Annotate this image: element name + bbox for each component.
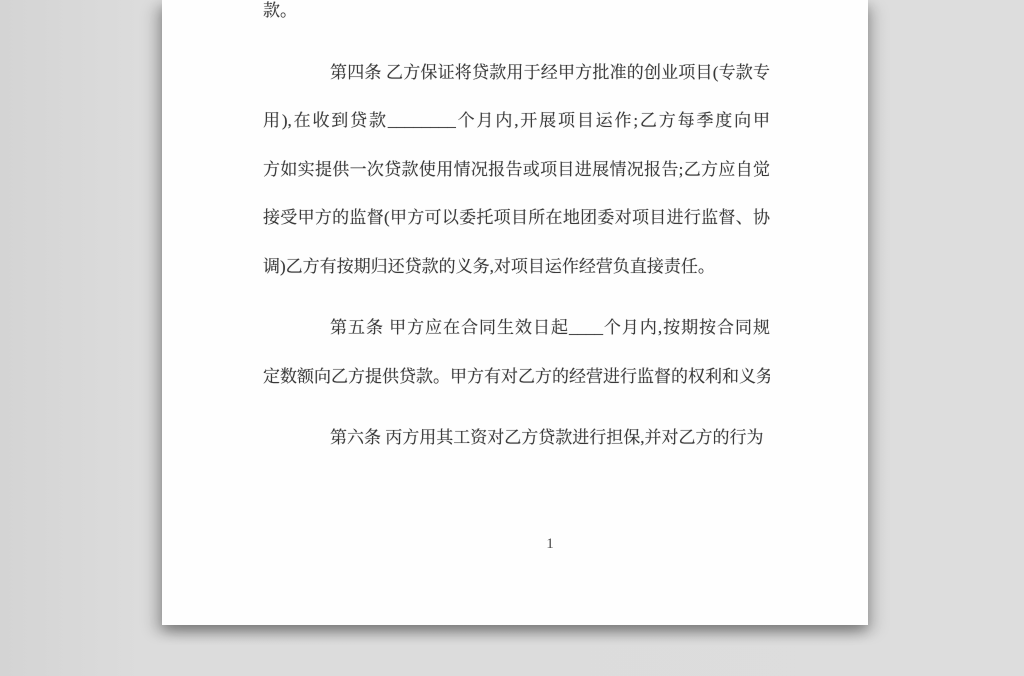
page-number: 1 [540,535,560,553]
text-line: 接受甲方的监督(甲方可以委托项目所在地团委对项目进行监督、协 [263,194,770,243]
document-page: 款。 第四条 乙方保证将贷款用于经甲方批准的创业项目(专款专 用),在收到贷款_… [162,0,868,625]
text-line: 第六条 丙方用其工资对乙方贷款进行担保,并对乙方的行为 [263,414,770,463]
text-line: 方如实提供一次贷款使用情况报告或项目进展情况报告;乙方应自觉 [263,146,770,195]
paragraph-article-5: 第五条 甲方应在合同生效日起____个月内,按期按合同规 定数额向乙方提供贷款。… [263,304,770,401]
document-viewer-background: 款。 第四条 乙方保证将贷款用于经甲方批准的创业项目(专款专 用),在收到贷款_… [0,0,1024,676]
text-line: 用),在收到贷款________个月内,开展项目运作;乙方每季度向甲 [263,97,770,146]
paragraph-article-4: 第四条 乙方保证将贷款用于经甲方批准的创业项目(专款专 用),在收到贷款____… [263,49,770,292]
text-line: 定数额向乙方提供贷款。甲方有对乙方的经营进行监督的权利和义务 [263,353,770,402]
text-line: 调)乙方有按期归还贷款的义务,对项目运作经营负直接责任。 [263,243,770,292]
text-line: 款。 [263,0,770,36]
text-line: 第四条 乙方保证将贷款用于经甲方批准的创业项目(专款专 [263,49,770,98]
paragraph-article-6: 第六条 丙方用其工资对乙方贷款进行担保,并对乙方的行为 [263,414,770,463]
paragraph-continuation: 款。 [263,0,770,36]
text-line: 第五条 甲方应在合同生效日起____个月内,按期按合同规 [263,304,770,353]
contract-body-text: 款。 第四条 乙方保证将贷款用于经甲方批准的创业项目(专款专 用),在收到贷款_… [263,0,770,476]
